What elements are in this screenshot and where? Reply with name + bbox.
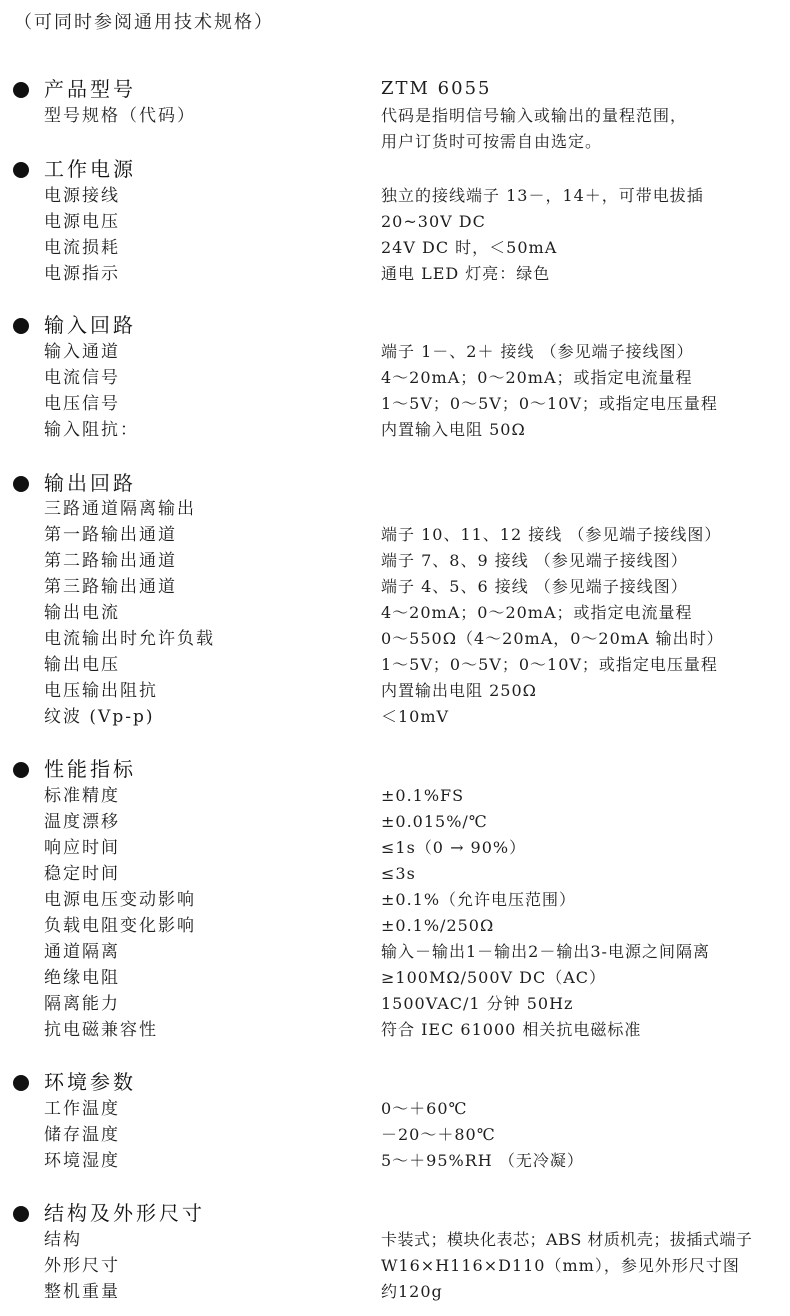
spec-value: 24V DC 时，＜50mA (381, 235, 557, 261)
spec-value: ±0.1%（允许电压范围） (381, 887, 576, 913)
spec-label: 第三路输出通道 (44, 574, 177, 600)
spec-label: 电压输出阻抗 (44, 678, 158, 704)
spec-value: 1500VAC/1 分钟 50Hz (381, 991, 573, 1017)
spec-value: 通电 LED 灯亮：绿色 (381, 261, 550, 287)
spec-value: 约120g (381, 1279, 443, 1305)
spec-row: 输出电流 4～20mA；0～20mA；或指定电流量程 (0, 600, 790, 626)
spec-value: ±0.1%/250Ω (381, 913, 494, 939)
spec-value: 端子 4、5、6 接线 （参见端子接线图） (381, 574, 688, 600)
spec-value: ≤1s（0 → 90%） (381, 835, 526, 861)
spec-label: 隔离能力 (44, 991, 120, 1017)
spec-label: 输出电压 (44, 652, 120, 678)
spec-value: 符合 IEC 61000 相关抗电磁标准 (381, 1017, 641, 1043)
spec-row: 响应时间 ≤1s（0 → 90%） (0, 835, 790, 861)
section-header-structure: 结构及外形尺寸 (0, 1200, 790, 1226)
spec-value: ±0.1%FS (381, 783, 464, 809)
spec-label: 输入阻抗： (44, 417, 139, 443)
spec-row: 纹波 (Vp-p) ＜10mV (0, 704, 790, 730)
spec-value: 用户订货时可按需自由选定。 (381, 129, 602, 155)
spec-row: 电源电压变动影响 ±0.1%（允许电压范围） (0, 887, 790, 913)
section-header-product-model: 产品型号 ZTM 6055 (0, 76, 790, 102)
spec-row: 外形尺寸 W16×H116×D110（mm），参见外形尺寸图 (0, 1253, 790, 1279)
spec-value: 内置输入电阻 50Ω (381, 417, 526, 443)
spec-row: 稳定时间 ≤3s (0, 861, 790, 887)
spec-row: 电流输出时允许负载 0～550Ω（4～20mA，0～20mA 输出时） (0, 626, 790, 652)
section-title: 性能指标 (44, 756, 136, 782)
spec-value: ±0.015%/℃ (381, 809, 488, 835)
spec-row: 通道隔离 输入－输出1－输出2－输出3-电源之间隔离 (0, 939, 790, 965)
spec-row: 输入阻抗： 内置输入电阻 50Ω (0, 417, 790, 443)
spec-value: ＜10mV (381, 704, 449, 730)
spec-value: 输入－输出1－输出2－输出3-电源之间隔离 (381, 939, 710, 965)
bullet-icon (13, 1075, 29, 1091)
spec-value: ≥100MΩ/500V DC（AC） (381, 965, 606, 991)
spec-label: 电压信号 (44, 391, 120, 417)
spec-row: 结构 卡装式；模块化表芯；ABS 材质机壳；拔插式端子 (0, 1227, 790, 1253)
spec-value: W16×H116×D110（mm），参见外形尺寸图 (381, 1253, 740, 1279)
spec-value: 独立的接线端子 13－，14＋，可带电拔插 (381, 183, 704, 209)
spec-row: 输入通道 端子 1－、2＋ 接线 （参见端子接线图） (0, 339, 790, 365)
spec-label: 整机重量 (44, 1279, 120, 1305)
spec-row: 储存温度 －20～＋80℃ (0, 1122, 790, 1148)
spec-row: 电流信号 4～20mA；0～20mA；或指定电流量程 (0, 365, 790, 391)
spec-value: 4～20mA；0～20mA；或指定电流量程 (381, 600, 693, 626)
spec-value: 卡装式；模块化表芯；ABS 材质机壳；拔插式端子 (381, 1227, 752, 1253)
spec-row: 电源指示 通电 LED 灯亮：绿色 (0, 261, 790, 287)
spec-label: 电源接线 (44, 183, 120, 209)
bullet-icon (13, 82, 29, 98)
spec-row: 第三路输出通道 端子 4、5、6 接线 （参见端子接线图） (0, 574, 790, 600)
spec-row: 第一路输出通道 端子 10、11、12 接线 （参见端子接线图） (0, 522, 790, 548)
bullet-icon (13, 1206, 29, 1222)
section-title: 环境参数 (44, 1069, 136, 1095)
spec-value: －20～＋80℃ (381, 1122, 496, 1148)
spec-label: 工作温度 (44, 1096, 120, 1122)
spec-row: 电源电压 20~30V DC (0, 209, 790, 235)
spec-value: 0～＋60℃ (381, 1096, 467, 1122)
bullet-icon (13, 162, 29, 178)
spec-row: 电源接线 独立的接线端子 13－，14＋，可带电拔插 (0, 183, 790, 209)
spec-label: 电流损耗 (44, 235, 120, 261)
spec-value: ≤3s (381, 861, 416, 887)
section-header-power: 工作电源 (0, 156, 790, 182)
spec-row: 三路通道隔离输出 (0, 496, 790, 522)
spec-row: 第二路输出通道 端子 7、8、9 接线 （参见端子接线图） (0, 548, 790, 574)
spec-label: 电源指示 (44, 261, 120, 287)
spec-label: 输入通道 (44, 339, 120, 365)
spec-label: 型号规格（代码） (44, 103, 196, 129)
spec-row: 标准精度 ±0.1%FS (0, 783, 790, 809)
bullet-icon (13, 476, 29, 492)
spec-label: 温度漂移 (44, 809, 120, 835)
spec-label: 标准精度 (44, 783, 120, 809)
bullet-icon (13, 318, 29, 334)
spec-row: 输出电压 1～5V；0～5V；0～10V；或指定电压量程 (0, 652, 790, 678)
spec-label: 电源电压变动影响 (44, 887, 196, 913)
spec-row: 整机重量 约120g (0, 1279, 790, 1305)
section-header-input: 输入回路 (0, 312, 790, 338)
spec-label: 稳定时间 (44, 861, 120, 887)
spec-row: 绝缘电阻 ≥100MΩ/500V DC（AC） (0, 965, 790, 991)
bullet-icon (13, 762, 29, 778)
spec-label: 负载电阻变化影响 (44, 913, 196, 939)
spec-label: 电流输出时允许负载 (44, 626, 215, 652)
spec-label: 纹波 (Vp-p) (44, 704, 154, 730)
section-title: 产品型号 (44, 76, 136, 102)
section-header-environment: 环境参数 (0, 1069, 790, 1095)
spec-label: 响应时间 (44, 835, 120, 861)
spec-label: 外形尺寸 (44, 1253, 120, 1279)
spec-row: 电压信号 1～5V；0～5V；0～10V；或指定电压量程 (0, 391, 790, 417)
section-title: 输出回路 (44, 470, 136, 496)
spec-label: 抗电磁兼容性 (44, 1017, 158, 1043)
spec-value: 1～5V；0～5V；0～10V；或指定电压量程 (381, 391, 718, 417)
spec-value: 代码是指明信号输入或输出的量程范围， (381, 103, 687, 129)
section-header-output: 输出回路 (0, 470, 790, 496)
spec-label: 三路通道隔离输出 (44, 496, 196, 522)
spec-label: 第一路输出通道 (44, 522, 177, 548)
reference-note: （可同时参阅通用技术规格） (14, 8, 274, 34)
spec-value: 端子 7、8、9 接线 （参见端子接线图） (381, 548, 688, 574)
spec-label: 电源电压 (44, 209, 120, 235)
spec-row: 型号规格（代码） 代码是指明信号输入或输出的量程范围， (0, 103, 790, 129)
spec-row: 电流损耗 24V DC 时，＜50mA (0, 235, 790, 261)
spec-row: 用户订货时可按需自由选定。 (0, 129, 790, 155)
spec-value: 5～＋95%RH （无冷凝） (381, 1148, 584, 1174)
spec-row: 工作温度 0～＋60℃ (0, 1096, 790, 1122)
spec-label: 绝缘电阻 (44, 965, 120, 991)
spec-label: 环境湿度 (44, 1148, 120, 1174)
spec-value: 端子 1－、2＋ 接线 （参见端子接线图） (381, 339, 694, 365)
section-title: 工作电源 (44, 156, 136, 182)
model-number: ZTM 6055 (381, 76, 491, 102)
spec-label: 结构 (44, 1227, 82, 1253)
section-title: 结构及外形尺寸 (44, 1200, 205, 1226)
spec-label: 第二路输出通道 (44, 548, 177, 574)
spec-value: 端子 10、11、12 接线 （参见端子接线图） (381, 522, 721, 548)
section-title: 输入回路 (44, 312, 136, 338)
spec-row: 隔离能力 1500VAC/1 分钟 50Hz (0, 991, 790, 1017)
spec-label: 通道隔离 (44, 939, 120, 965)
spec-row: 抗电磁兼容性 符合 IEC 61000 相关抗电磁标准 (0, 1017, 790, 1043)
spec-value: 4～20mA；0～20mA；或指定电流量程 (381, 365, 693, 391)
spec-value: 0～550Ω（4～20mA，0～20mA 输出时） (381, 626, 724, 652)
spec-label: 储存温度 (44, 1122, 120, 1148)
spec-row: 电压输出阻抗 内置输出电阻 250Ω (0, 678, 790, 704)
spec-label: 输出电流 (44, 600, 120, 626)
spec-value: 20~30V DC (381, 209, 486, 235)
spec-label: 电流信号 (44, 365, 120, 391)
spec-value: 内置输出电阻 250Ω (381, 678, 537, 704)
spec-row: 负载电阻变化影响 ±0.1%/250Ω (0, 913, 790, 939)
spec-row: 环境湿度 5～＋95%RH （无冷凝） (0, 1148, 790, 1174)
spec-value: 1～5V；0～5V；0～10V；或指定电压量程 (381, 652, 718, 678)
section-header-performance: 性能指标 (0, 756, 790, 782)
spec-row: 温度漂移 ±0.015%/℃ (0, 809, 790, 835)
